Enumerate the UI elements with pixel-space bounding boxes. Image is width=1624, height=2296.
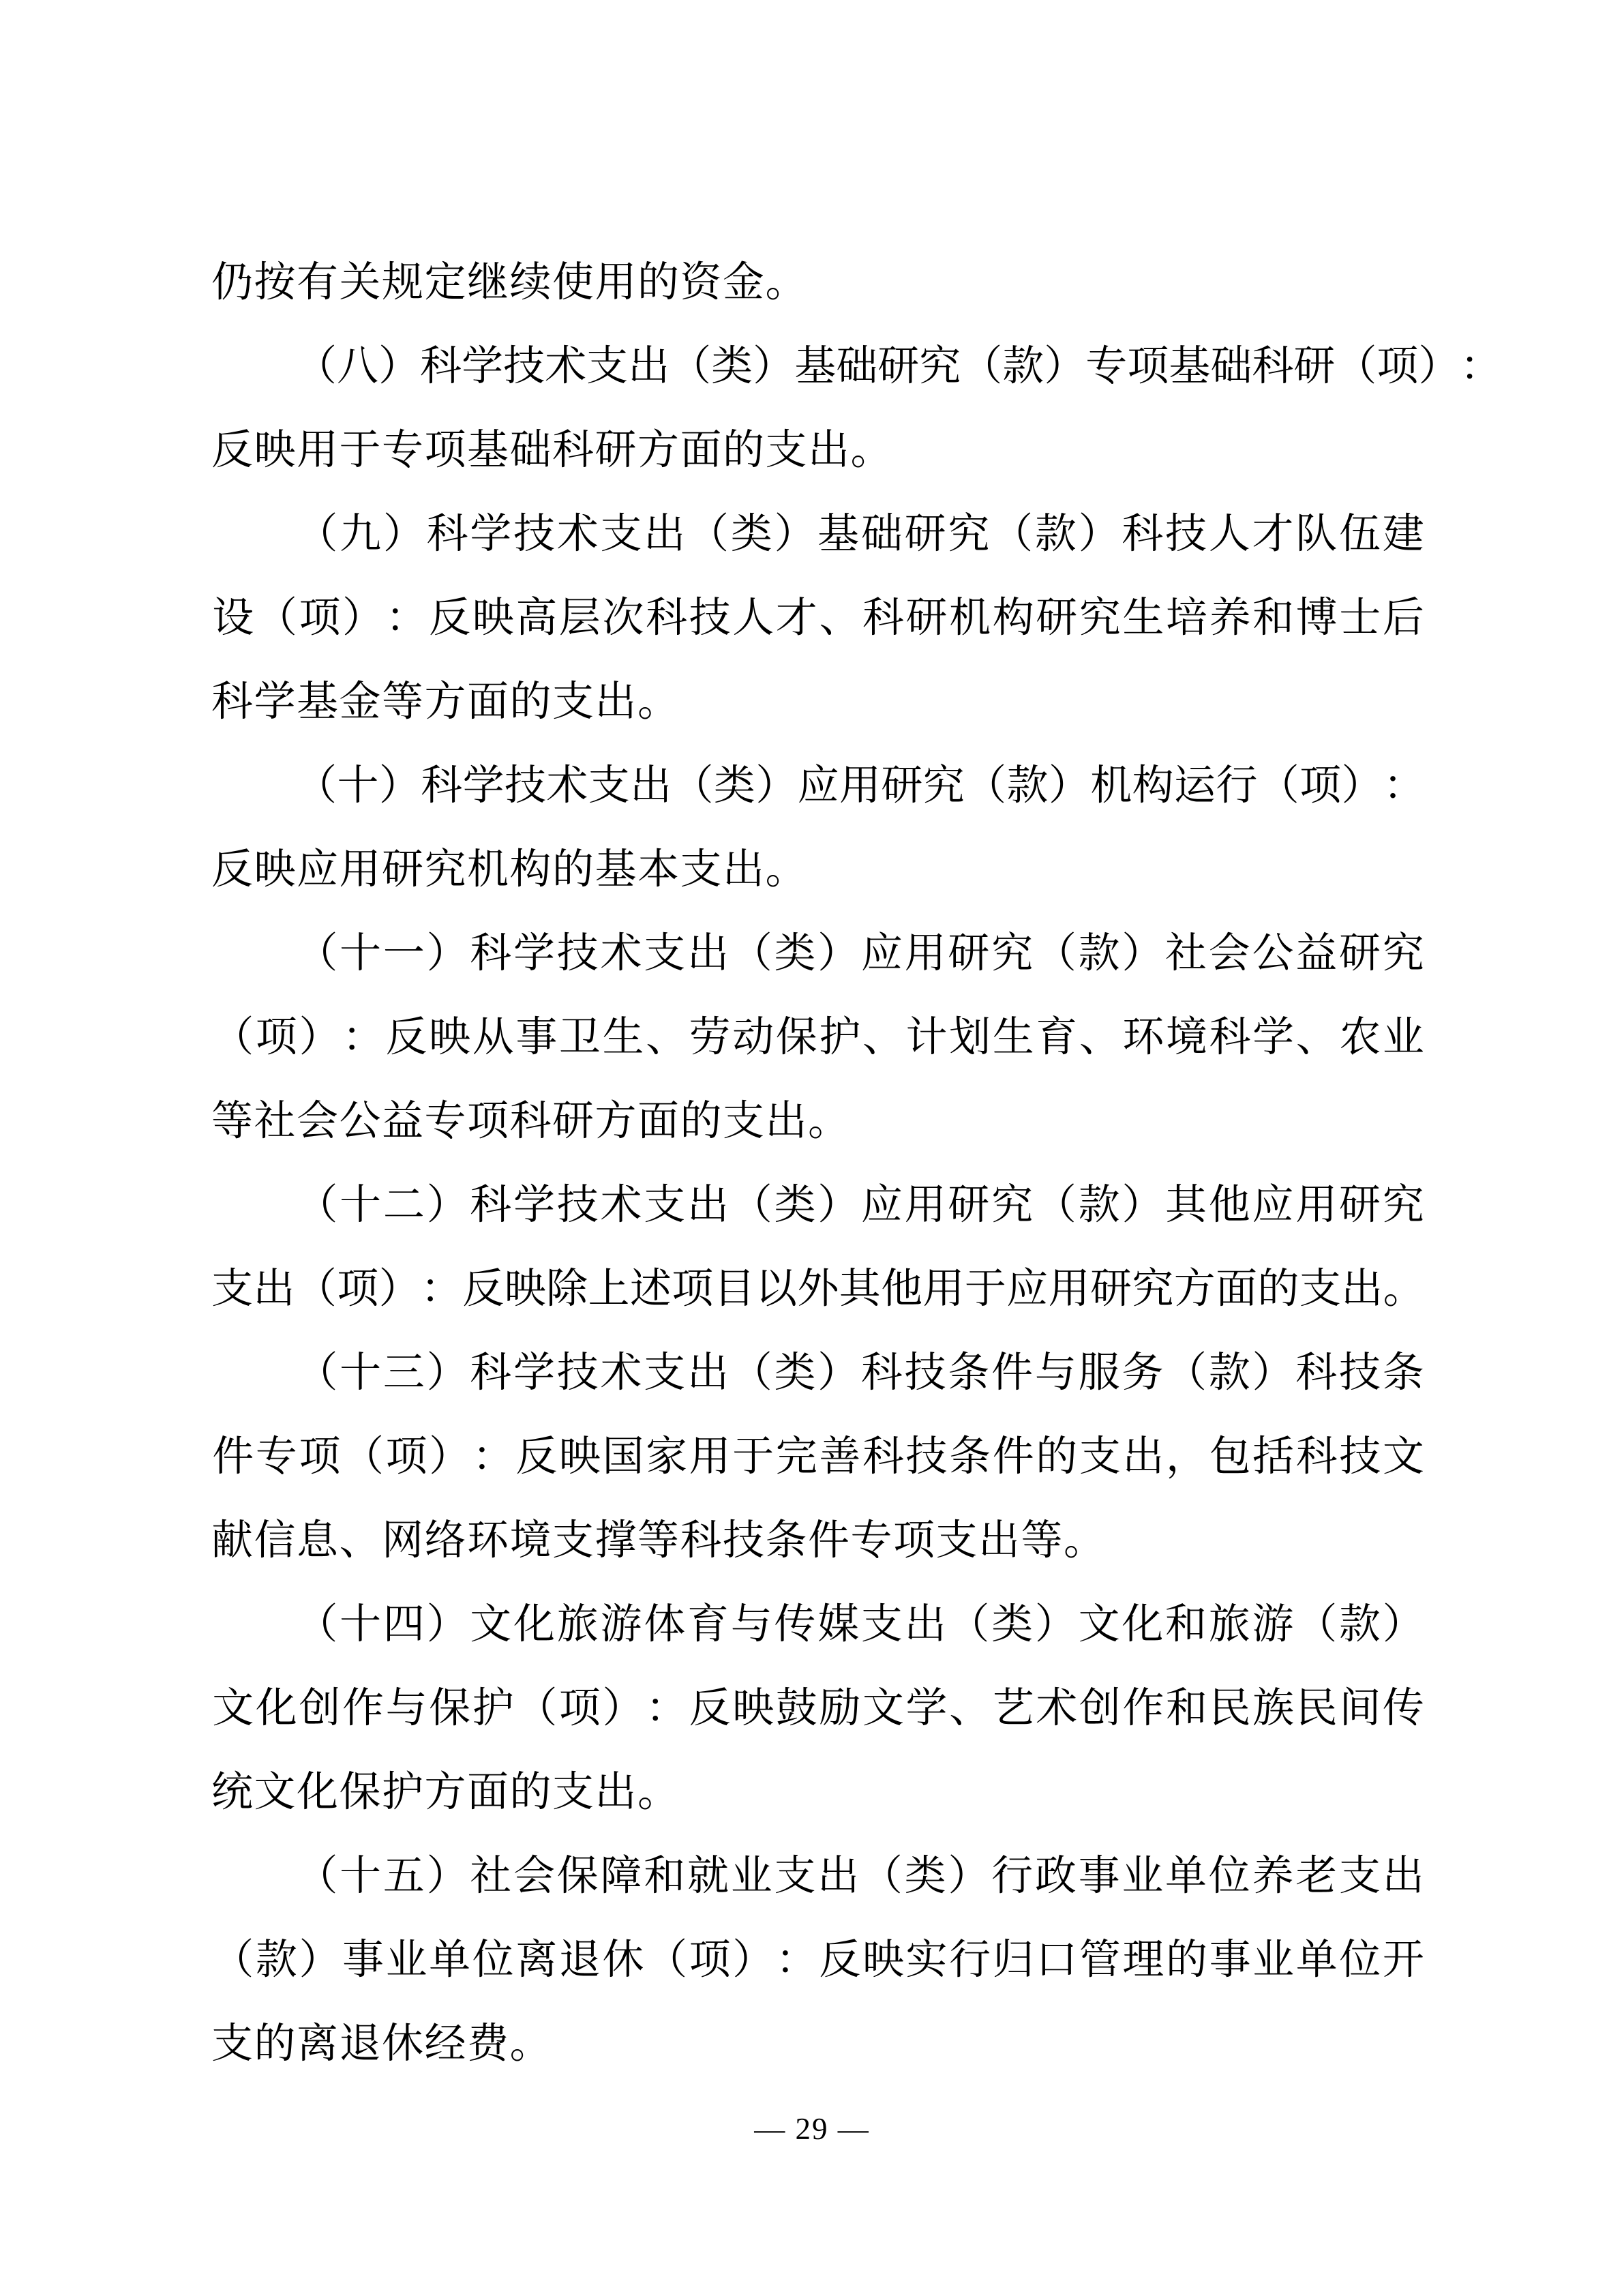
character: ）	[1121, 1163, 1164, 1247]
character: 学	[513, 1163, 556, 1247]
character: 八	[337, 325, 378, 408]
character: 的	[1035, 1415, 1079, 1499]
character: 技	[1338, 1415, 1382, 1499]
character: 科	[1208, 996, 1252, 1079]
character: 技	[903, 1331, 947, 1415]
character: 类	[730, 492, 773, 576]
character: 支	[643, 912, 687, 996]
character: 项	[298, 576, 342, 660]
character: 用	[903, 1163, 947, 1247]
character: 基	[817, 492, 860, 576]
character: （	[730, 1331, 773, 1415]
character: （	[947, 1583, 991, 1667]
character: 队	[1295, 492, 1338, 576]
character: 类	[773, 1163, 817, 1247]
character: 保	[556, 1834, 599, 1918]
character: 款	[1077, 1163, 1121, 1247]
character: ）	[298, 996, 342, 1079]
character: （	[670, 325, 711, 408]
character: ）	[379, 1247, 421, 1331]
character: 款	[1034, 492, 1077, 576]
character: 划	[948, 996, 992, 1079]
character: 反	[385, 996, 428, 1079]
character: 和	[1164, 1583, 1208, 1667]
character: 科	[421, 744, 462, 828]
character: 映	[732, 1667, 775, 1750]
character: 公	[1251, 912, 1295, 996]
character: ）	[425, 1331, 469, 1415]
character: 研	[947, 1163, 991, 1247]
character: ）	[817, 1163, 860, 1247]
character: 家	[645, 1415, 689, 1499]
character: 。	[1383, 1247, 1425, 1331]
character: 技	[556, 1163, 599, 1247]
text-line: （十二）科学技术支出（类）应用研究（款）其他应用研究	[211, 1163, 1425, 1247]
character: 伍	[1338, 492, 1382, 576]
character: 游	[599, 1583, 643, 1667]
character: 业	[385, 1918, 428, 2002]
character: 目	[714, 1247, 755, 1331]
character: 才	[1251, 492, 1295, 576]
character: （	[961, 325, 1002, 408]
character: 保	[428, 1667, 472, 1750]
character: （	[295, 325, 337, 408]
character: 基	[794, 325, 836, 408]
character: ，	[1165, 1415, 1209, 1499]
character: 技	[905, 1415, 948, 1499]
character: ：	[471, 1415, 515, 1499]
character: 技	[513, 492, 556, 576]
character: 学	[469, 492, 513, 576]
character: 九	[339, 492, 382, 576]
character: 运	[1174, 744, 1216, 828]
character: 计	[905, 996, 948, 1079]
character: 述	[630, 1247, 672, 1331]
character: 面	[1216, 1247, 1257, 1331]
character: 支	[599, 492, 643, 576]
character: 、	[1295, 996, 1338, 1079]
character: （	[295, 1163, 339, 1247]
text-line: 文化创作与保护（项）：反映鼓励文学、艺术创作和民族民间传	[211, 1667, 1425, 1750]
character: 老	[1295, 1834, 1338, 1918]
character: 究	[991, 912, 1034, 996]
character: ）	[732, 1918, 775, 2002]
character: 生	[1122, 576, 1165, 660]
character: 出	[1341, 1247, 1383, 1331]
character: 反	[515, 1415, 558, 1499]
character: 学	[513, 1331, 556, 1415]
character: 础	[1210, 325, 1252, 408]
character: 研	[1293, 325, 1335, 408]
character: （	[211, 1918, 255, 2002]
character: 科	[860, 1331, 904, 1415]
character: 出	[903, 1583, 947, 1667]
character: 业	[1121, 1834, 1164, 1918]
character: 专	[255, 1415, 299, 1499]
character: 术	[1035, 1667, 1079, 1750]
character: ：	[1460, 325, 1501, 408]
character: ）	[755, 744, 797, 828]
character: 科	[469, 1331, 513, 1415]
character: 类	[711, 325, 753, 408]
character: 其	[1164, 1163, 1208, 1247]
character: 行	[991, 1834, 1034, 1918]
character: 究	[947, 492, 991, 576]
text-line: 仍按有关规定继续使用的资金。	[211, 241, 1425, 325]
character: 件	[211, 1415, 255, 1499]
character: 农	[1338, 996, 1382, 1079]
character: 游	[1251, 1583, 1295, 1667]
character: （	[295, 744, 337, 828]
character: 研	[1090, 1247, 1132, 1331]
character: 出	[687, 1163, 730, 1247]
character: 完	[775, 1415, 819, 1499]
character: 支	[643, 1331, 687, 1415]
character: 十	[339, 1331, 382, 1415]
character: 应	[1251, 1163, 1295, 1247]
character: （	[1034, 1163, 1077, 1247]
character: 映	[505, 1247, 546, 1331]
character: 士	[1338, 576, 1382, 660]
character: 化	[255, 1667, 299, 1750]
character: 位	[1207, 1834, 1251, 1918]
character: 旅	[556, 1583, 599, 1667]
character: 和	[1165, 1667, 1209, 1750]
character: 究	[1132, 1247, 1173, 1331]
character: 位	[1338, 1918, 1382, 2002]
character: （	[730, 1163, 773, 1247]
character: 、	[948, 1667, 992, 1750]
character: 用	[1295, 1163, 1338, 1247]
text-line: （十五）社会保障和就业支出（类）行政事业单位养老支出	[211, 1834, 1425, 1918]
text-line: 反映应用研究机构的基本支出。	[211, 828, 1425, 912]
character: 文	[469, 1583, 513, 1667]
character: 支	[586, 325, 628, 408]
character: 人	[1207, 492, 1251, 576]
text-line: （八）科学技术支出（类）基础研究（款）专项基础科研（项）：	[211, 325, 1425, 408]
character: 创	[298, 1667, 342, 1750]
character: 应	[798, 744, 839, 828]
character: 环	[1122, 996, 1165, 1079]
character: ）	[1044, 325, 1085, 408]
character: 技	[688, 576, 732, 660]
character: 条	[1381, 1331, 1425, 1415]
character: （	[1164, 1331, 1208, 1415]
character: 项	[672, 1247, 713, 1331]
character: 服	[1077, 1331, 1121, 1415]
document-page: 仍按有关规定继续使用的资金。（八）科学技术支出（类）基础研究（款）专项基础科研（…	[0, 0, 1624, 2296]
character: 文	[211, 1667, 255, 1750]
character: 科	[645, 576, 689, 660]
character: 社	[1164, 912, 1208, 996]
text-line: 献信息、网络环境支撑等科技条件专项支出等。	[211, 1499, 1425, 1583]
character: 与	[730, 1583, 773, 1667]
character: 项	[558, 1667, 602, 1750]
character: 机	[1090, 744, 1132, 828]
character: 出	[687, 1331, 730, 1415]
character: ）	[1077, 492, 1121, 576]
character: 行	[1216, 744, 1257, 828]
character: 出	[1122, 1415, 1165, 1499]
text-line: 支的离退休经费。	[211, 2002, 1425, 2086]
character: 民	[1295, 1667, 1338, 1750]
character: 与	[385, 1667, 428, 1750]
character: 术	[599, 1331, 643, 1415]
character: 基	[1169, 325, 1210, 408]
character: 用	[903, 912, 947, 996]
character: 和	[643, 1834, 687, 1918]
character: 的	[1165, 1918, 1209, 2002]
character: 卫	[558, 996, 602, 1079]
character: 事	[342, 1918, 385, 2002]
character: ）	[1418, 325, 1460, 408]
character: ）	[1381, 1583, 1425, 1667]
character: 归	[991, 1918, 1035, 2002]
character: ）	[1341, 744, 1383, 828]
character: 项	[1299, 744, 1341, 828]
character: 类	[903, 1834, 947, 1918]
character: 用	[922, 1247, 964, 1331]
character: 事	[1208, 1918, 1252, 2002]
character: 人	[732, 576, 775, 660]
character: 究	[991, 1163, 1034, 1247]
character: 国	[601, 1415, 645, 1499]
character: 、	[1079, 996, 1122, 1079]
character: 项	[255, 996, 299, 1079]
character: 创	[1079, 1667, 1122, 1750]
character: 映	[558, 1415, 602, 1499]
text-line: 等社会公益专项科研方面的支出。	[211, 1079, 1425, 1163]
character: 项	[385, 1415, 428, 1499]
character: 研	[1035, 576, 1079, 660]
character: ：	[775, 1918, 819, 2002]
character: 应	[860, 1163, 904, 1247]
character: 护	[818, 996, 862, 1079]
character: 和	[1252, 576, 1295, 660]
character: 类	[773, 912, 817, 996]
character: 文	[862, 1667, 905, 1750]
character: 十	[339, 1583, 382, 1667]
character: 反	[818, 1918, 862, 2002]
character: 支	[643, 1163, 687, 1247]
character: 应	[1006, 1247, 1048, 1331]
character: ）	[425, 1163, 469, 1247]
character: 研	[881, 744, 922, 828]
character: 劳	[688, 996, 732, 1079]
character: （	[295, 492, 339, 576]
text-line: 设（项）：反映高层次科技人才、科研机构研究生培养和博士后	[211, 576, 1425, 660]
character: 一	[382, 912, 425, 996]
character: ：	[385, 576, 428, 660]
character: 出	[643, 492, 687, 576]
character: 口	[1035, 1918, 1079, 2002]
character: 术	[599, 1163, 643, 1247]
character: ）	[947, 1834, 991, 1918]
text-line: 科学基金等方面的支出。	[211, 660, 1425, 744]
character: 除	[546, 1247, 588, 1331]
character: 培	[1165, 576, 1209, 660]
character: 学	[463, 744, 505, 828]
character: 层	[558, 576, 602, 660]
character: 事	[515, 996, 558, 1079]
character: 构	[1132, 744, 1174, 828]
character: （	[645, 1918, 689, 2002]
character: 、	[818, 576, 862, 660]
document-body: 仍按有关规定继续使用的资金。（八）科学技术支出（类）基础研究（款）专项基础科研（…	[211, 241, 1425, 2086]
character: 事	[1077, 1834, 1121, 1918]
character: 旅	[1207, 1583, 1251, 1667]
character: 款	[1207, 1331, 1251, 1415]
character: 究	[1381, 912, 1425, 996]
character: 科	[420, 325, 462, 408]
character: ）	[1034, 1583, 1077, 1667]
text-line: （九）科学技术支出（类）基础研究（款）科技人才队伍建	[211, 492, 1425, 576]
character: 款	[1002, 325, 1044, 408]
character: （	[211, 996, 255, 1079]
character: ）	[428, 1415, 472, 1499]
page-footer: — 29 —	[0, 2108, 1624, 2149]
character: 外	[797, 1247, 839, 1331]
character: 应	[860, 912, 904, 996]
character: 传	[1382, 1667, 1426, 1750]
character: 十	[337, 744, 378, 828]
character: 保	[775, 996, 819, 1079]
character: 研	[877, 325, 919, 408]
character: 文	[1382, 1415, 1426, 1499]
character: （	[515, 1667, 558, 1750]
character: 业	[1382, 996, 1426, 1079]
character: 位	[471, 1918, 515, 2002]
character: 作	[342, 1667, 385, 1750]
character: 作	[1122, 1667, 1165, 1750]
character: 术	[599, 912, 643, 996]
character: 出	[630, 744, 672, 828]
character: ）	[753, 325, 794, 408]
character: 媒	[817, 1583, 860, 1667]
character: （	[687, 492, 730, 576]
character: （	[860, 1834, 904, 1918]
character: 就	[687, 1834, 730, 1918]
character: ）	[1121, 912, 1164, 996]
character: 四	[382, 1583, 425, 1667]
character: 十	[339, 1834, 382, 1918]
character: 其	[839, 1247, 881, 1331]
character: 的	[1257, 1247, 1299, 1331]
character: 艺	[991, 1667, 1035, 1750]
character: 学	[462, 325, 503, 408]
character: 映	[428, 996, 472, 1079]
character: 业	[730, 1834, 773, 1918]
character: 科	[862, 576, 905, 660]
character: 传	[773, 1583, 817, 1667]
character: ）	[425, 1583, 469, 1667]
character: 退	[558, 1918, 602, 2002]
character: 护	[471, 1667, 515, 1750]
character: 支	[1338, 1834, 1382, 1918]
character: 类	[714, 744, 755, 828]
text-line: （十一）科学技术支出（类）应用研究（款）社会公益研究	[211, 912, 1425, 996]
character: 养	[1251, 1834, 1295, 1918]
character: 励	[818, 1667, 862, 1750]
character: 项	[1377, 325, 1418, 408]
character: 术	[545, 325, 586, 408]
character: 离	[515, 1918, 558, 2002]
character: 术	[556, 492, 599, 576]
character: 支	[860, 1583, 904, 1667]
character: （	[255, 576, 299, 660]
character: ）	[773, 492, 817, 576]
character: ）	[342, 576, 385, 660]
character: （	[295, 1247, 337, 1331]
character: 支	[588, 744, 630, 828]
character: 才	[775, 576, 819, 660]
character: ）	[425, 912, 469, 996]
character: 件	[991, 1331, 1034, 1415]
character: 以	[755, 1247, 797, 1331]
character: ）	[1251, 1331, 1295, 1415]
character: 类	[991, 1583, 1034, 1667]
character: 项	[298, 1415, 342, 1499]
character: 研	[947, 912, 991, 996]
character: （	[295, 1834, 339, 1918]
character: 务	[1121, 1331, 1164, 1415]
character: 学	[513, 912, 556, 996]
text-line: （十）科学技术支出（类）应用研究（款）机构运行（项）：	[211, 744, 1425, 828]
character: 映	[471, 576, 515, 660]
character: 社	[469, 1834, 513, 1918]
character: 行	[948, 1918, 992, 2002]
character: 反	[462, 1247, 504, 1331]
character: 条	[948, 1415, 992, 1499]
character: 科	[1295, 1331, 1338, 1415]
character: ）	[817, 1331, 860, 1415]
character: ）	[379, 744, 421, 828]
character: 与	[1034, 1331, 1077, 1415]
character: （	[991, 492, 1034, 576]
character: 十	[339, 912, 382, 996]
character: ）	[601, 1667, 645, 1750]
character: 善	[818, 1415, 862, 1499]
character: 项	[688, 1918, 732, 2002]
character: 学	[1252, 996, 1295, 1079]
character: 项	[1127, 325, 1169, 408]
character: 他	[1207, 1163, 1251, 1247]
character: 用	[1049, 1247, 1090, 1331]
character: 究	[919, 325, 961, 408]
character: 技	[1164, 492, 1208, 576]
character: 技	[556, 912, 599, 996]
character: ）	[425, 1834, 469, 1918]
character: 化	[513, 1583, 556, 1667]
character: ：	[342, 996, 385, 1079]
character: 民	[1208, 1667, 1252, 1750]
character: 后	[1382, 576, 1426, 660]
character: 养	[1208, 576, 1252, 660]
character: 族	[1252, 1667, 1295, 1750]
character: 设	[211, 576, 255, 660]
character: 单	[428, 1918, 472, 2002]
character: 用	[688, 1415, 732, 1499]
character: 款	[1077, 912, 1121, 996]
character: 鼓	[775, 1667, 819, 1750]
character: 化	[1121, 1583, 1164, 1667]
character: 科	[1295, 1415, 1338, 1499]
character: 包	[1208, 1415, 1252, 1499]
character: （	[965, 744, 1006, 828]
character: 文	[1077, 1583, 1121, 1667]
character: 支	[773, 1834, 817, 1918]
character: 业	[1252, 1918, 1295, 2002]
